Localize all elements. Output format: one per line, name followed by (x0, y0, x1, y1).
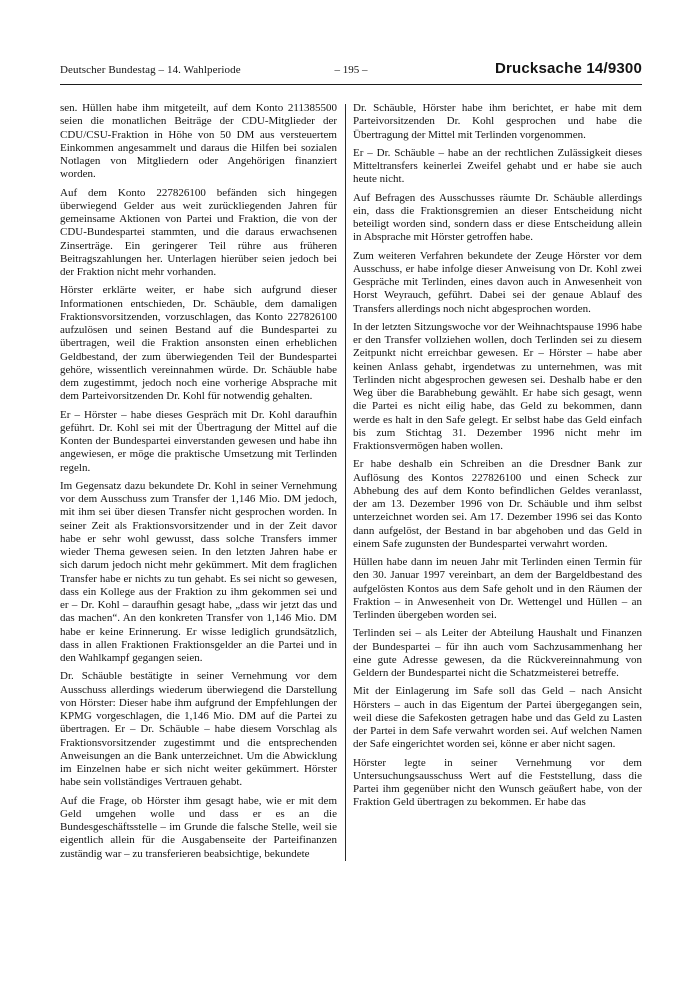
paragraph: Dr. Schäuble, Hörster habe ihm berichtet… (353, 102, 642, 142)
header-parliament-label: Deutscher Bundestag – 14. Wahlperiode (60, 64, 335, 76)
paragraph: Auf Befragen des Ausschusses räumte Dr. … (353, 192, 642, 245)
paragraph: Zum weiteren Verfahren bekundete der Zeu… (353, 250, 642, 316)
paragraph: Hörster erklärte weiter, er habe sich au… (60, 284, 337, 403)
page-number: – 195 – (335, 64, 368, 76)
paragraph: sen. Hüllen habe ihm mitgeteilt, auf dem… (60, 102, 337, 182)
document-page: Deutscher Bundestag – 14. Wahlperiode – … (0, 0, 700, 990)
paragraph: Er habe deshalb ein Schreiben an die Dre… (353, 458, 642, 551)
paragraph: Auf dem Konto 227826100 befänden sich hi… (60, 187, 337, 280)
paragraph: Er – Hörster – habe dieses Gespräch mit … (60, 409, 337, 475)
column-divider-rule (345, 104, 346, 861)
page-header: Deutscher Bundestag – 14. Wahlperiode – … (60, 60, 642, 85)
paragraph: In der letzten Sitzungswoche vor der Wei… (353, 321, 642, 454)
document-number: Drucksache 14/9300 (368, 60, 643, 77)
paragraph: Hörster legte in seiner Vernehmung vor d… (353, 757, 642, 810)
left-column: sen. Hüllen habe ihm mitgeteilt, auf dem… (60, 102, 337, 861)
paragraph: Auf die Frage, ob Hörster ihm gesagt hab… (60, 795, 337, 861)
paragraph: Terlinden sei – als Leiter der Abteilung… (353, 627, 642, 680)
paragraph: Hüllen habe dann im neuen Jahr mit Terli… (353, 556, 642, 622)
right-column: Dr. Schäuble, Hörster habe ihm berichtet… (353, 102, 642, 861)
paragraph: Mit der Einlagerung im Safe soll das Gel… (353, 685, 642, 751)
page-body: sen. Hüllen habe ihm mitgeteilt, auf dem… (60, 85, 642, 861)
paragraph: Dr. Schäuble bestätigte in seiner Verneh… (60, 670, 337, 789)
paragraph: Im Gegensatz dazu bekundete Dr. Kohl in … (60, 480, 337, 666)
paragraph: Er – Dr. Schäuble – habe an der rechtlic… (353, 147, 642, 187)
